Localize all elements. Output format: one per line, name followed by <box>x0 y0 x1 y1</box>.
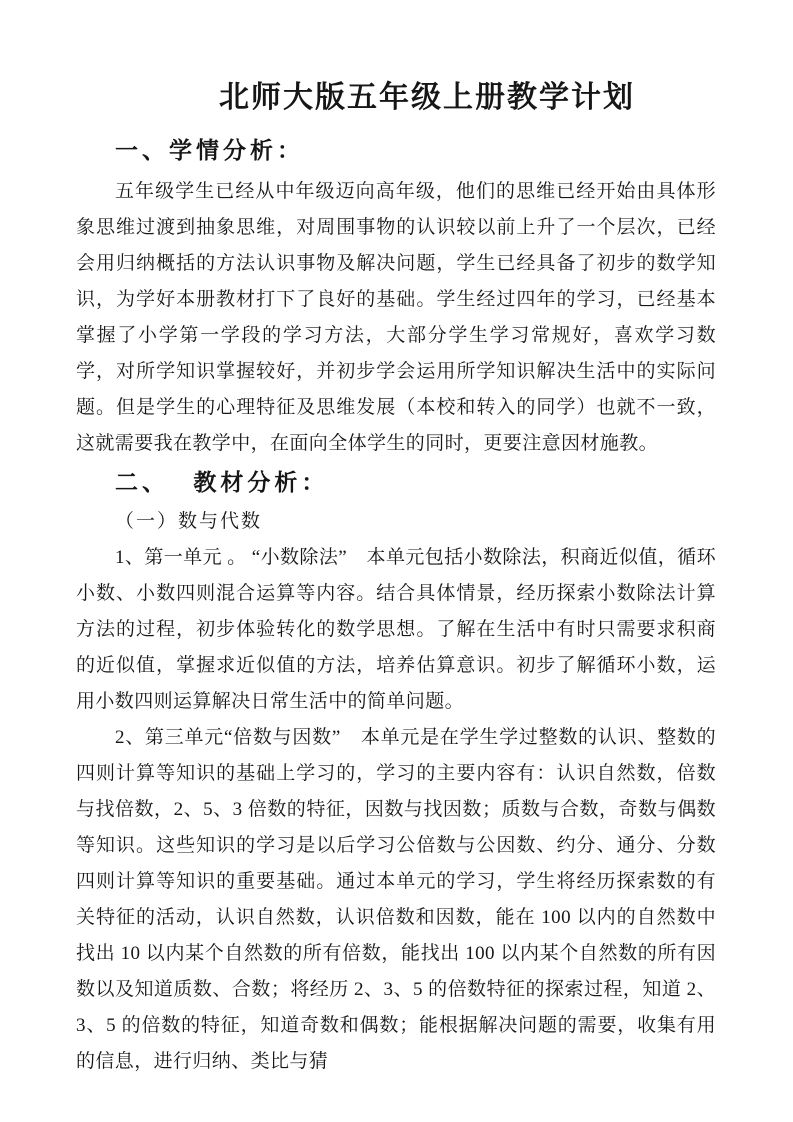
paragraph-unit1-decimal-division: 1、第一单元 。 “小数除法” 本单元包括小数除法，积商近似值，循环小数、小数四… <box>76 540 716 720</box>
section-heading-student-analysis: 一、学情分析： <box>115 135 716 165</box>
section-heading-material-analysis: 二、 教材分析： <box>115 467 716 497</box>
paragraph-student-analysis: 五年级学生已经从中年级迈向高年级，他们的思维已经开始由具体形象思维过渡到抽象思维… <box>76 174 716 462</box>
document-page: 北师大版五年级上册教学计划 一、学情分析： 五年级学生已经从中年级迈向高年级，他… <box>0 0 793 1122</box>
document-title: 北师大版五年级上册教学计划 <box>138 78 716 118</box>
subsection-heading-number-algebra: （一）数与代数 <box>115 504 716 540</box>
paragraph-unit3-multiples-factors: 2、第三单元“倍数与因数” 本单元是在学生学过整数的认识、整数的四则计算等知识的… <box>76 720 716 1080</box>
